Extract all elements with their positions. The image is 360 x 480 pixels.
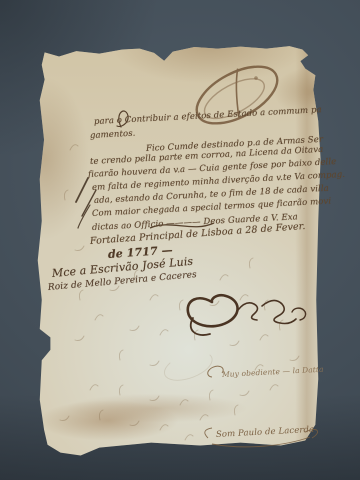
manuscript-line: gamentos. <box>90 130 136 141</box>
manuscript-paper <box>36 42 324 458</box>
photo-background: para o Contribuir a efeitos de Estado a … <box>0 0 360 480</box>
